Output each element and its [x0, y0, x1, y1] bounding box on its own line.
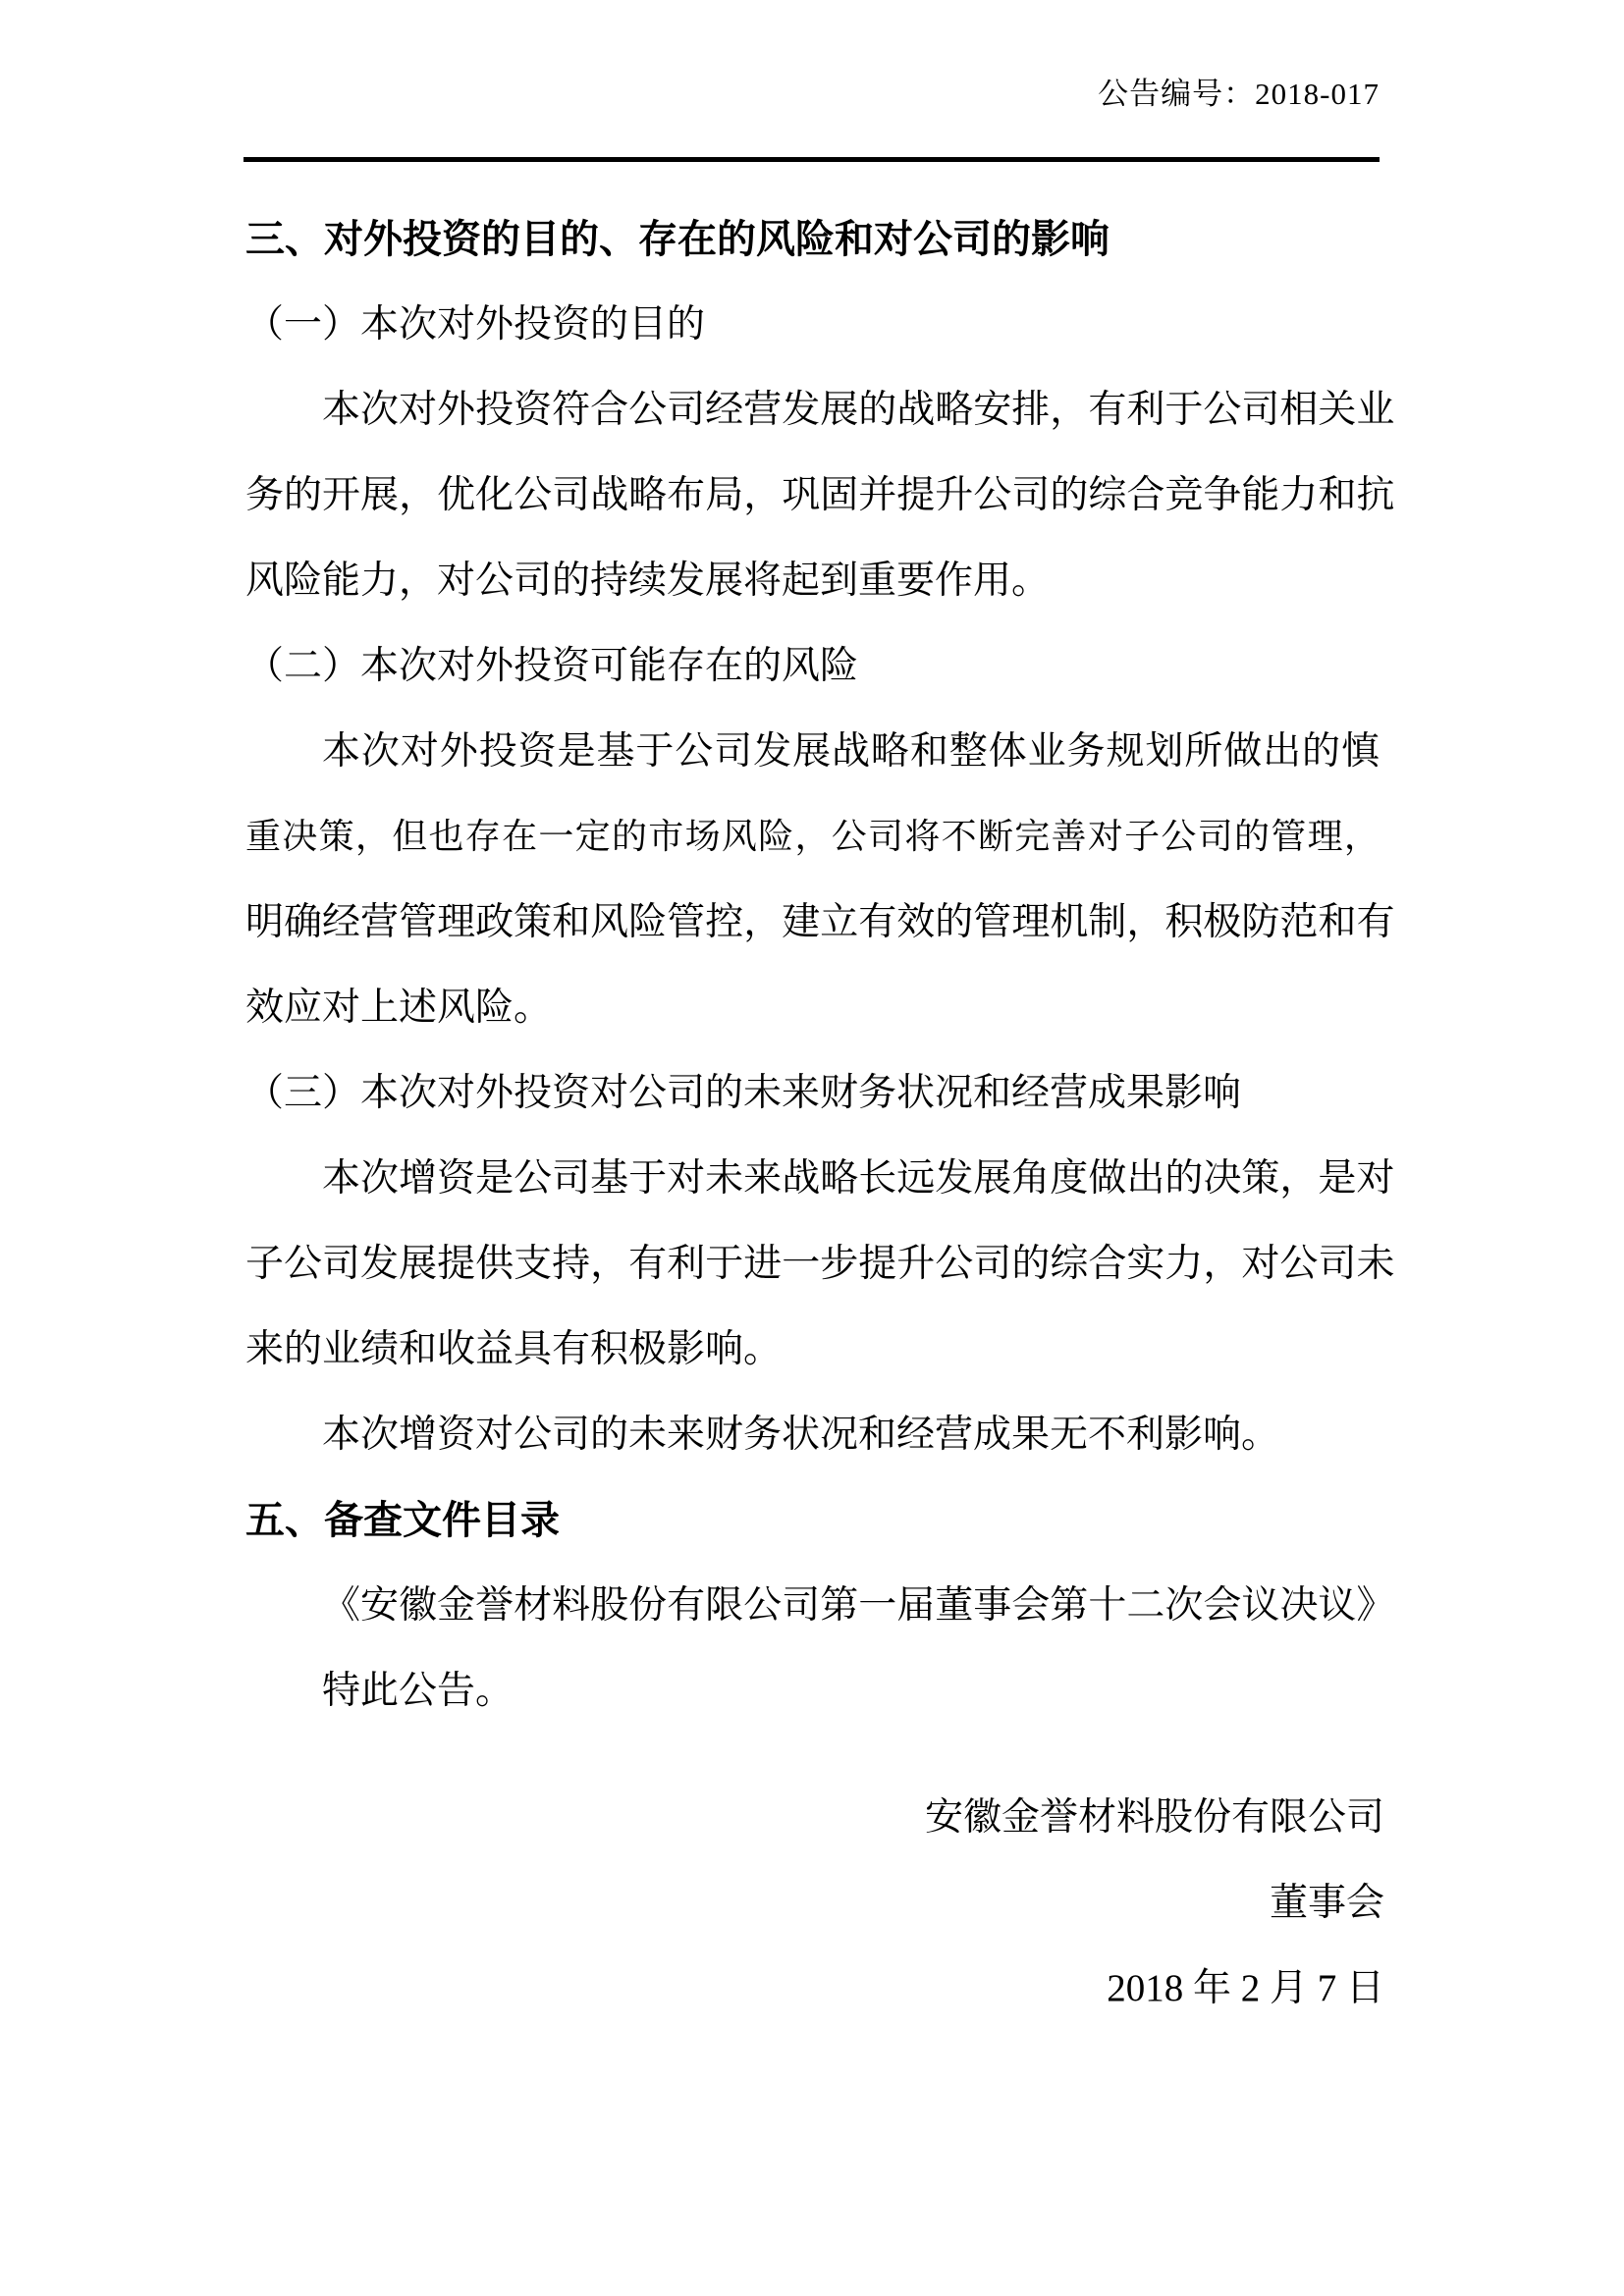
paragraph-line: 效应对上述风险。	[245, 965, 1380, 1050]
paragraph-line: 来的业绩和收益具有积极影响。	[245, 1307, 1380, 1392]
section-3-heading: 三、对外投资的目的、存在的风险和对公司的影响	[245, 196, 1380, 282]
closing-line: 特此公告。	[245, 1648, 1380, 1734]
paragraph-line: 子公司发展提供支持，有利于进一步提升公司的综合实力，对公司未	[245, 1221, 1380, 1307]
subsection-1-heading: （一）本次对外投资的目的	[245, 282, 1380, 367]
board-signature: 董事会	[925, 1860, 1384, 1946]
company-name: 安徽金誉材料股份有限公司	[925, 1775, 1384, 1860]
paragraph-line: 本次增资对公司的未来财务状况和经营成果无不利影响。	[245, 1392, 1380, 1477]
paragraph-line: 风险能力，对公司的持续发展将起到重要作用。	[245, 538, 1380, 623]
subsection-2-heading: （二）本次对外投资可能存在的风险	[245, 623, 1380, 709]
subsection-3-heading: （三）本次对外投资对公司的未来财务状况和经营成果影响	[245, 1050, 1380, 1136]
announcement-date: 2018 年 2 月 7 日	[925, 1946, 1384, 2031]
paragraph-line: 本次增资是公司基于对未来战略长远发展角度做出的决策，是对	[245, 1136, 1380, 1221]
paragraph-line: 务的开展，优化公司战略布局，巩固并提升公司的综合竞争能力和抗	[245, 453, 1380, 538]
signature-block: 安徽金誉材料股份有限公司 董事会 2018 年 2 月 7 日	[925, 1775, 1384, 2031]
document-body: 三、对外投资的目的、存在的风险和对公司的影响 （一）本次对外投资的目的 本次对外…	[245, 196, 1380, 1734]
announcement-number: 公告编号：2018-017	[1098, 77, 1380, 111]
paragraph-line: 本次对外投资符合公司经营发展的战略安排，有利于公司相关业	[245, 367, 1380, 453]
paragraph-line: 重决策，但也存在一定的市场风险，公司将不断完善对子公司的管理，	[245, 794, 1380, 880]
document-page: 公告编号：2018-017 三、对外投资的目的、存在的风险和对公司的影响 （一）…	[0, 0, 1624, 2296]
page-header: 公告编号：2018-017	[244, 75, 1380, 162]
paragraph-line: 本次对外投资是基于公司发展战略和整体业务规划所做出的慎	[245, 709, 1380, 794]
referenced-document-line: 《安徽金誉材料股份有限公司第一届董事会第十二次会议决议》	[245, 1563, 1380, 1648]
section-5-heading: 五、备查文件目录	[245, 1477, 1380, 1563]
paragraph-line: 明确经营管理政策和风险管控，建立有效的管理机制，积极防范和有	[245, 880, 1380, 965]
